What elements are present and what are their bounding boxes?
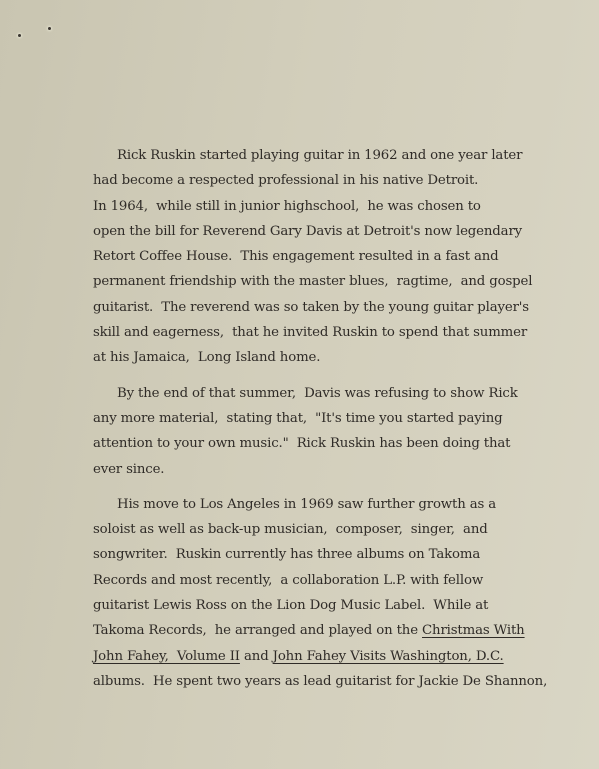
text-line: had become a respected professional in h… [93, 168, 513, 193]
text-line: In 1964, while still in junior highschoo… [93, 194, 513, 219]
text-segment: songwriter. Ruskin currently has three a… [93, 547, 480, 562]
text-segment: Records and most recently, a collaborati… [93, 573, 483, 588]
paragraph-gap [93, 371, 513, 381]
text-line: guitarist Lewis Ross on the Lion Dog Mus… [93, 593, 513, 618]
text-segment: guitarist. The reverend was so taken by … [93, 300, 529, 315]
text-segment: and [240, 649, 273, 664]
document-body: Rick Ruskin started playing guitar in 19… [93, 143, 513, 694]
text-line: guitarist. The reverend was so taken by … [93, 295, 513, 320]
text-line: skill and eagerness, that he invited Rus… [93, 320, 513, 345]
text-line: Rick Ruskin started playing guitar in 19… [93, 143, 513, 168]
punch-mark [48, 27, 51, 30]
text-segment: any more material, stating that, "It's t… [93, 411, 502, 426]
paragraph-gap [93, 482, 513, 492]
text-line: Takoma Records, he arranged and played o… [93, 618, 513, 643]
paragraph: His move to Los Angeles in 1969 saw furt… [93, 492, 513, 694]
text-segment: had become a respected professional in h… [93, 173, 478, 188]
text-line: attention to your own music." Rick Ruski… [93, 431, 513, 456]
text-segment: Retort Coffee House. This engagement res… [93, 249, 499, 264]
text-line: John Fahey, Volume II and John Fahey Vis… [93, 644, 513, 669]
text-segment: permanent friendship with the master blu… [93, 274, 532, 289]
album-title: John Fahey Visits Washington, D.C. [273, 649, 504, 664]
text-line: open the bill for Reverend Gary Davis at… [93, 219, 513, 244]
text-segment: open the bill for Reverend Gary Davis at… [93, 224, 522, 239]
text-segment: His move to Los Angeles in 1969 saw furt… [117, 497, 496, 512]
text-segment: albums. He spent two years as lead guita… [93, 674, 547, 689]
text-line: By the end of that summer, Davis was ref… [93, 381, 513, 406]
punch-mark [18, 34, 21, 37]
text-line: Records and most recently, a collaborati… [93, 568, 513, 593]
text-segment: attention to your own music." Rick Ruski… [93, 436, 510, 451]
text-segment: In 1964, while still in junior highschoo… [93, 199, 481, 214]
text-line: Retort Coffee House. This engagement res… [93, 244, 513, 269]
paragraph: By the end of that summer, Davis was ref… [93, 381, 513, 482]
text-segment: Takoma Records, he arranged and played o… [93, 623, 422, 638]
text-line: at his Jamaica, Long Island home. [93, 345, 513, 370]
text-line: soloist as well as back-up musician, com… [93, 517, 513, 542]
text-segment: ever since. [93, 462, 164, 477]
text-line: permanent friendship with the master blu… [93, 269, 513, 294]
text-segment: soloist as well as back-up musician, com… [93, 522, 488, 537]
text-line: songwriter. Ruskin currently has three a… [93, 542, 513, 567]
album-title: John Fahey, Volume II [93, 649, 240, 664]
text-segment: skill and eagerness, that he invited Rus… [93, 325, 527, 340]
text-segment: Rick Ruskin started playing guitar in 19… [117, 148, 522, 163]
paragraph: Rick Ruskin started playing guitar in 19… [93, 143, 513, 371]
text-segment: guitarist Lewis Ross on the Lion Dog Mus… [93, 598, 488, 613]
text-segment: at his Jamaica, Long Island home. [93, 350, 320, 365]
text-segment: By the end of that summer, Davis was ref… [117, 386, 518, 401]
text-line: ever since. [93, 457, 513, 482]
text-line: albums. He spent two years as lead guita… [93, 669, 513, 694]
album-title: Christmas With [422, 623, 525, 638]
text-line: His move to Los Angeles in 1969 saw furt… [93, 492, 513, 517]
text-line: any more material, stating that, "It's t… [93, 406, 513, 431]
